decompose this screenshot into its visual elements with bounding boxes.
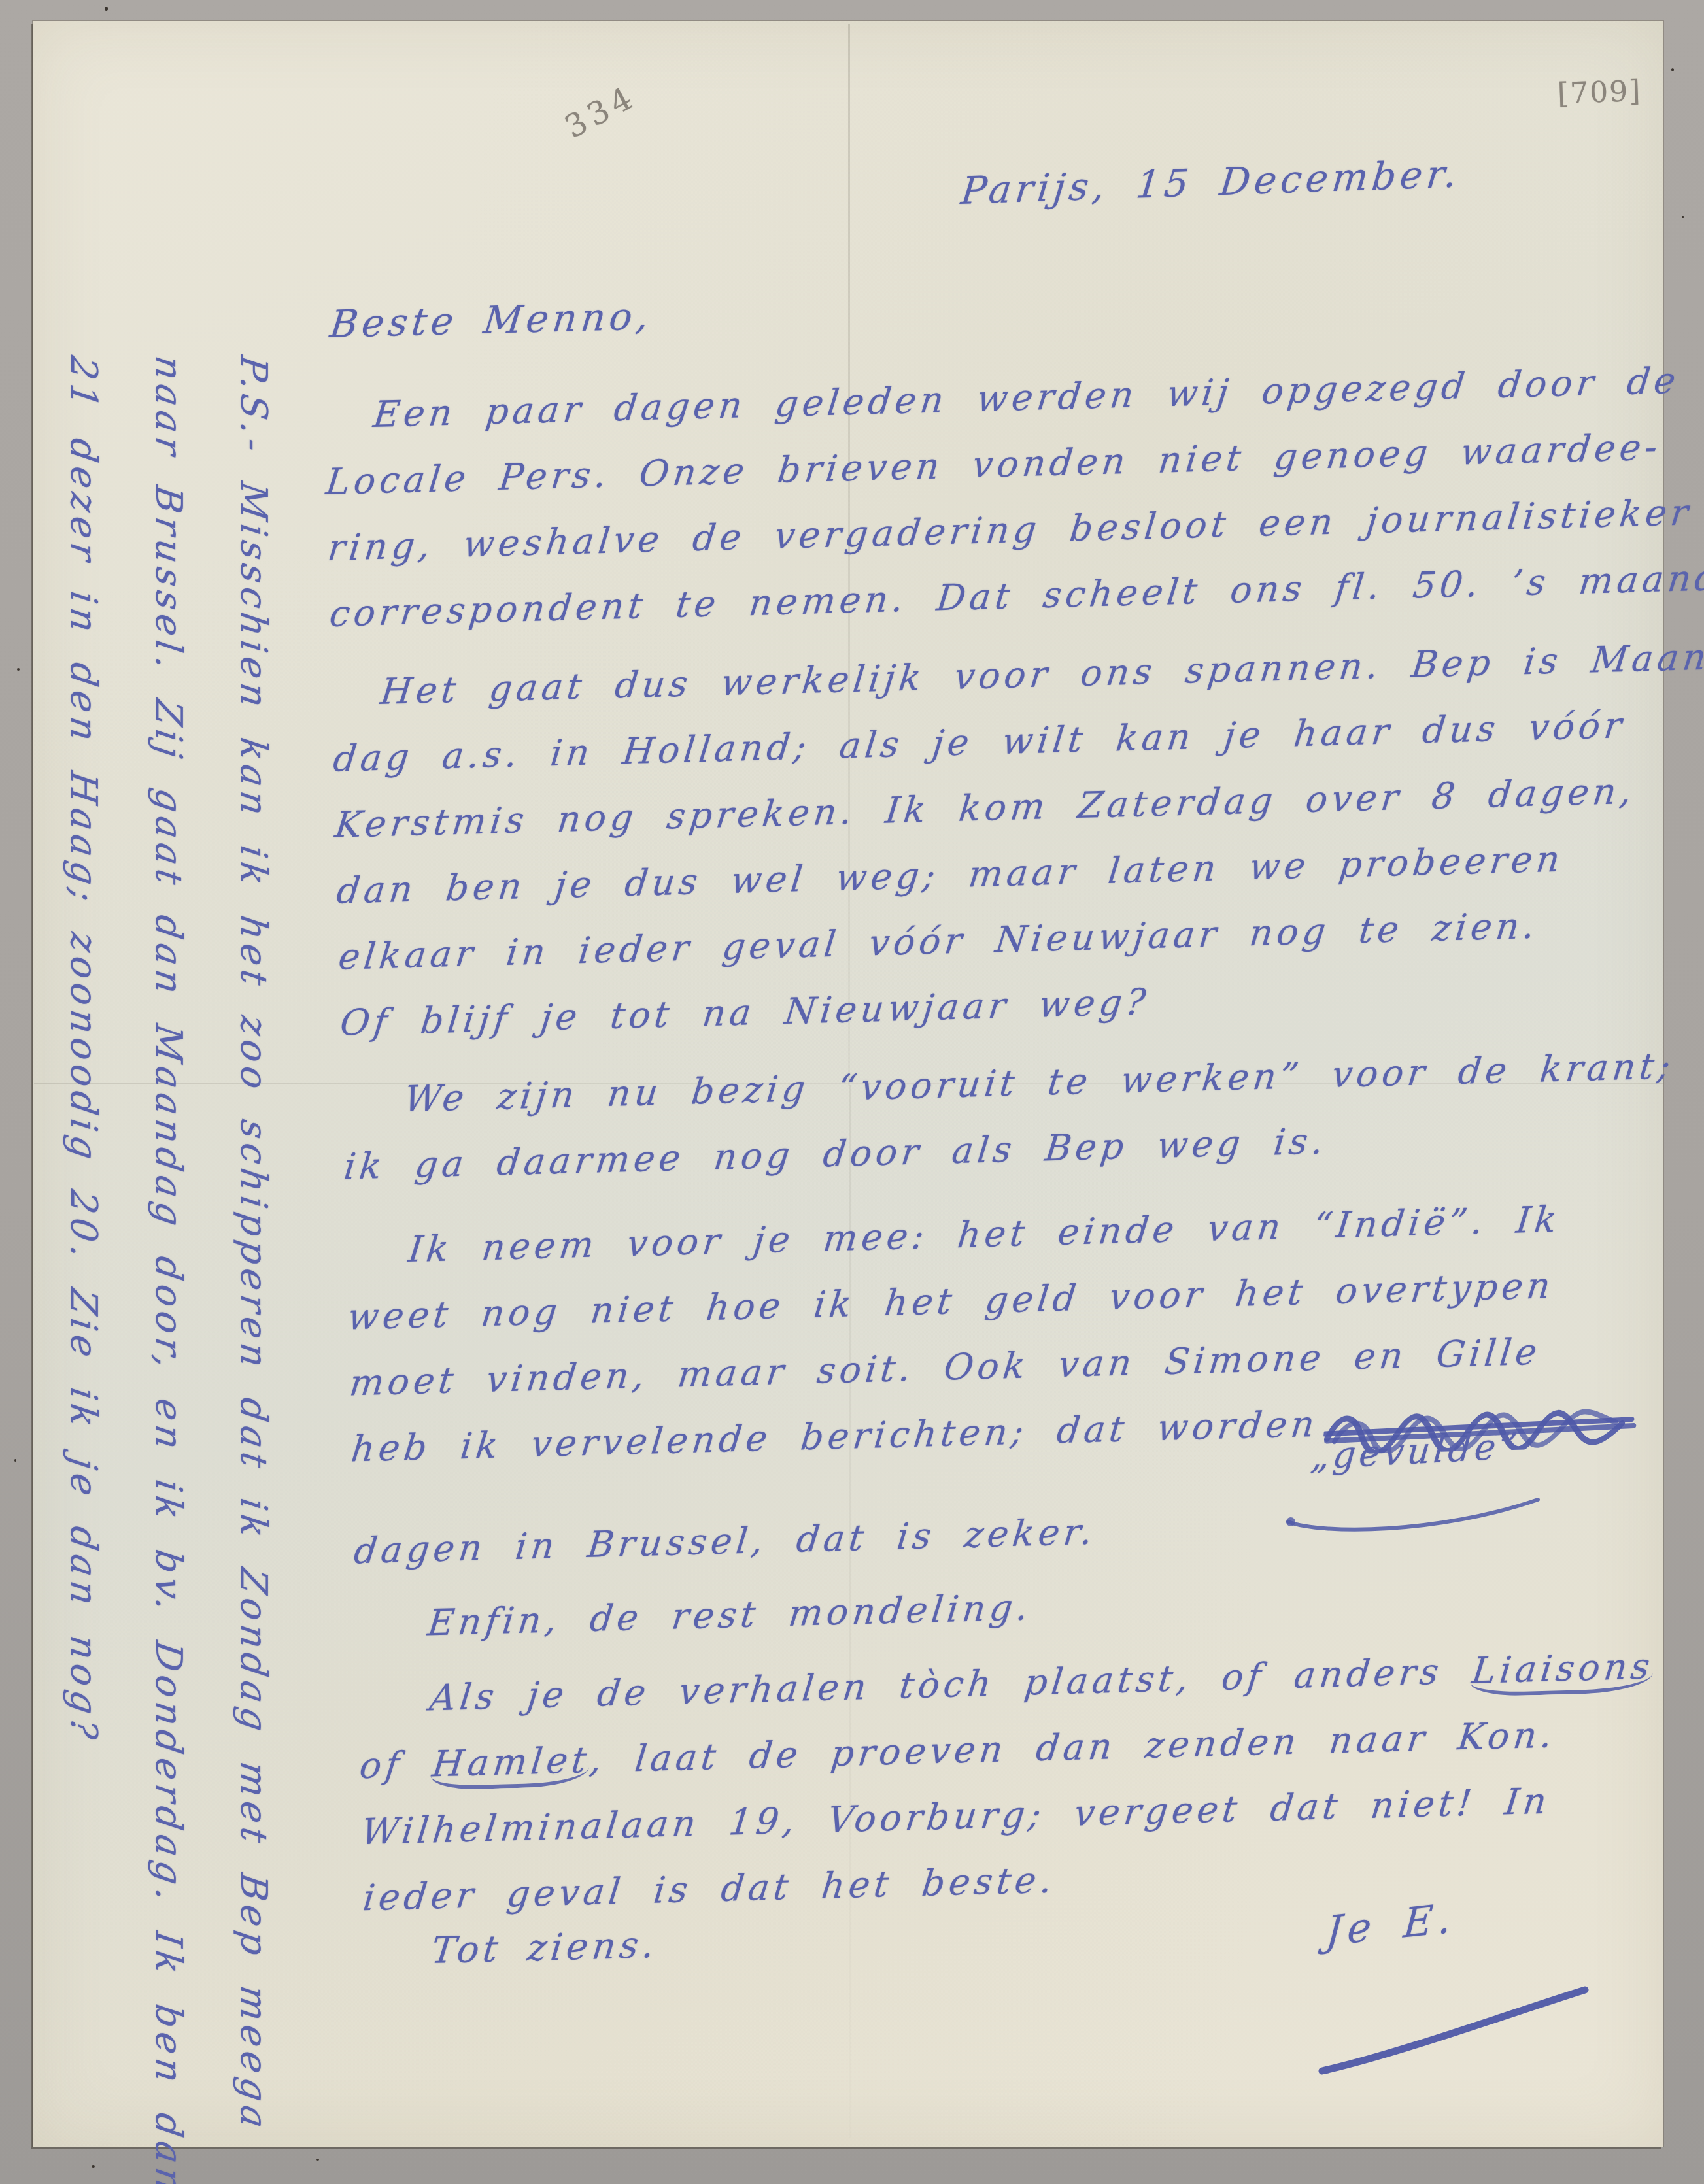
dust-speck: [105, 7, 108, 11]
line-text: dagen in Brussel, dat is zeker.: [352, 1511, 1099, 1572]
dust-speck: [316, 2159, 319, 2161]
underlined-title: Hamlet: [430, 1739, 592, 1790]
line-text: ieder geval is dat het beste.: [361, 1858, 1058, 1919]
postscript-line: naar Brussel. Zij gaat dan Maandag door,…: [126, 350, 211, 2184]
dust-speck: [17, 668, 20, 671]
scan-background: 334 [709] Parijs, 15 December. Beste Men…: [0, 0, 1704, 2184]
dust-speck: [1671, 68, 1674, 71]
dust-speck: [1682, 216, 1684, 218]
line-text: Of blijf je tot na Nieuwjaar weg?: [338, 981, 1151, 1044]
letter-body: Een paar dagen geleden werden wij opgeze…: [324, 348, 1691, 1931]
postscript-line: P.S.- Misschien kan ik het zoo schippere…: [211, 350, 296, 2184]
line-text: , laat de proeven dan zenden naar Kon.: [588, 1713, 1558, 1781]
margin-postscript: P.S.- Misschien kan ik het zoo schippere…: [39, 356, 296, 2180]
postscript-line: 21 dezer in den Haag; zoonoodig 20. Zie …: [41, 350, 126, 2184]
dust-speck: [14, 1459, 16, 1462]
pencil-number-709: [709]: [1557, 75, 1642, 110]
line-text: ik ga daarmee nog door als Bep weg is.: [342, 1120, 1329, 1188]
insert-underline-curve: [1283, 1494, 1544, 1543]
signature-flourish: [1313, 1982, 1594, 2083]
line-text: heb ik vervelende berichten; dat worden: [349, 1403, 1320, 1470]
line-text: Enfin, de rest mondeling.: [426, 1586, 1034, 1643]
underlined-title: Liaisons: [1469, 1645, 1656, 1697]
letter-salutation: Beste Menno,: [328, 294, 655, 346]
line-text: of: [358, 1743, 435, 1787]
letter-closing: Tot ziens.: [429, 1924, 660, 1972]
